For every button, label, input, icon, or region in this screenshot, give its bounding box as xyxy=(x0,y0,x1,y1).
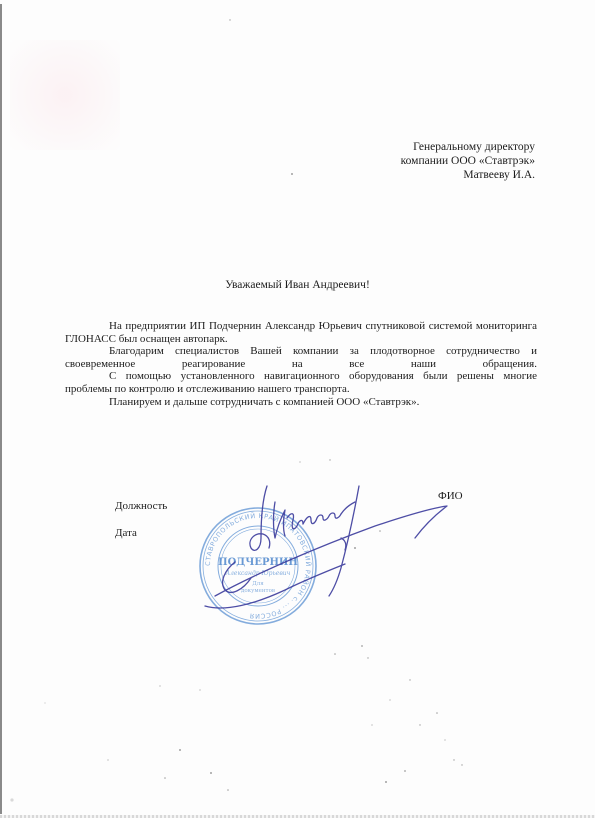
paragraph-3: С помощью установленного навигационного … xyxy=(65,370,537,395)
handwritten-signature xyxy=(195,478,455,618)
addressee-line-2: компании ООО «Ставтрэк» xyxy=(401,154,535,168)
addressee-block: Генеральному директору компании ООО «Ста… xyxy=(401,140,535,182)
paragraph-4: Планируем и дальше сотрудничать с компан… xyxy=(65,396,537,409)
scan-tint xyxy=(10,40,120,150)
position-label: Должность xyxy=(115,500,167,512)
paragraph-1: На предприятии ИП Подчернин Александр Юр… xyxy=(65,320,537,345)
addressee-line-1: Генеральному директору xyxy=(401,140,535,154)
paragraph-2: Благодарим специалистов Вашей компании з… xyxy=(65,345,537,370)
letter-body: На предприятии ИП Подчернин Александр Юр… xyxy=(65,320,537,408)
scanned-letter-page: Генеральному директору компании ООО «Ста… xyxy=(0,0,595,818)
scan-left-edge xyxy=(0,4,2,814)
date-label: Дата xyxy=(115,527,137,539)
addressee-line-3: Матвееву И.А. xyxy=(401,168,535,182)
greeting: Уважаемый Иван Андреевич! xyxy=(0,279,595,291)
